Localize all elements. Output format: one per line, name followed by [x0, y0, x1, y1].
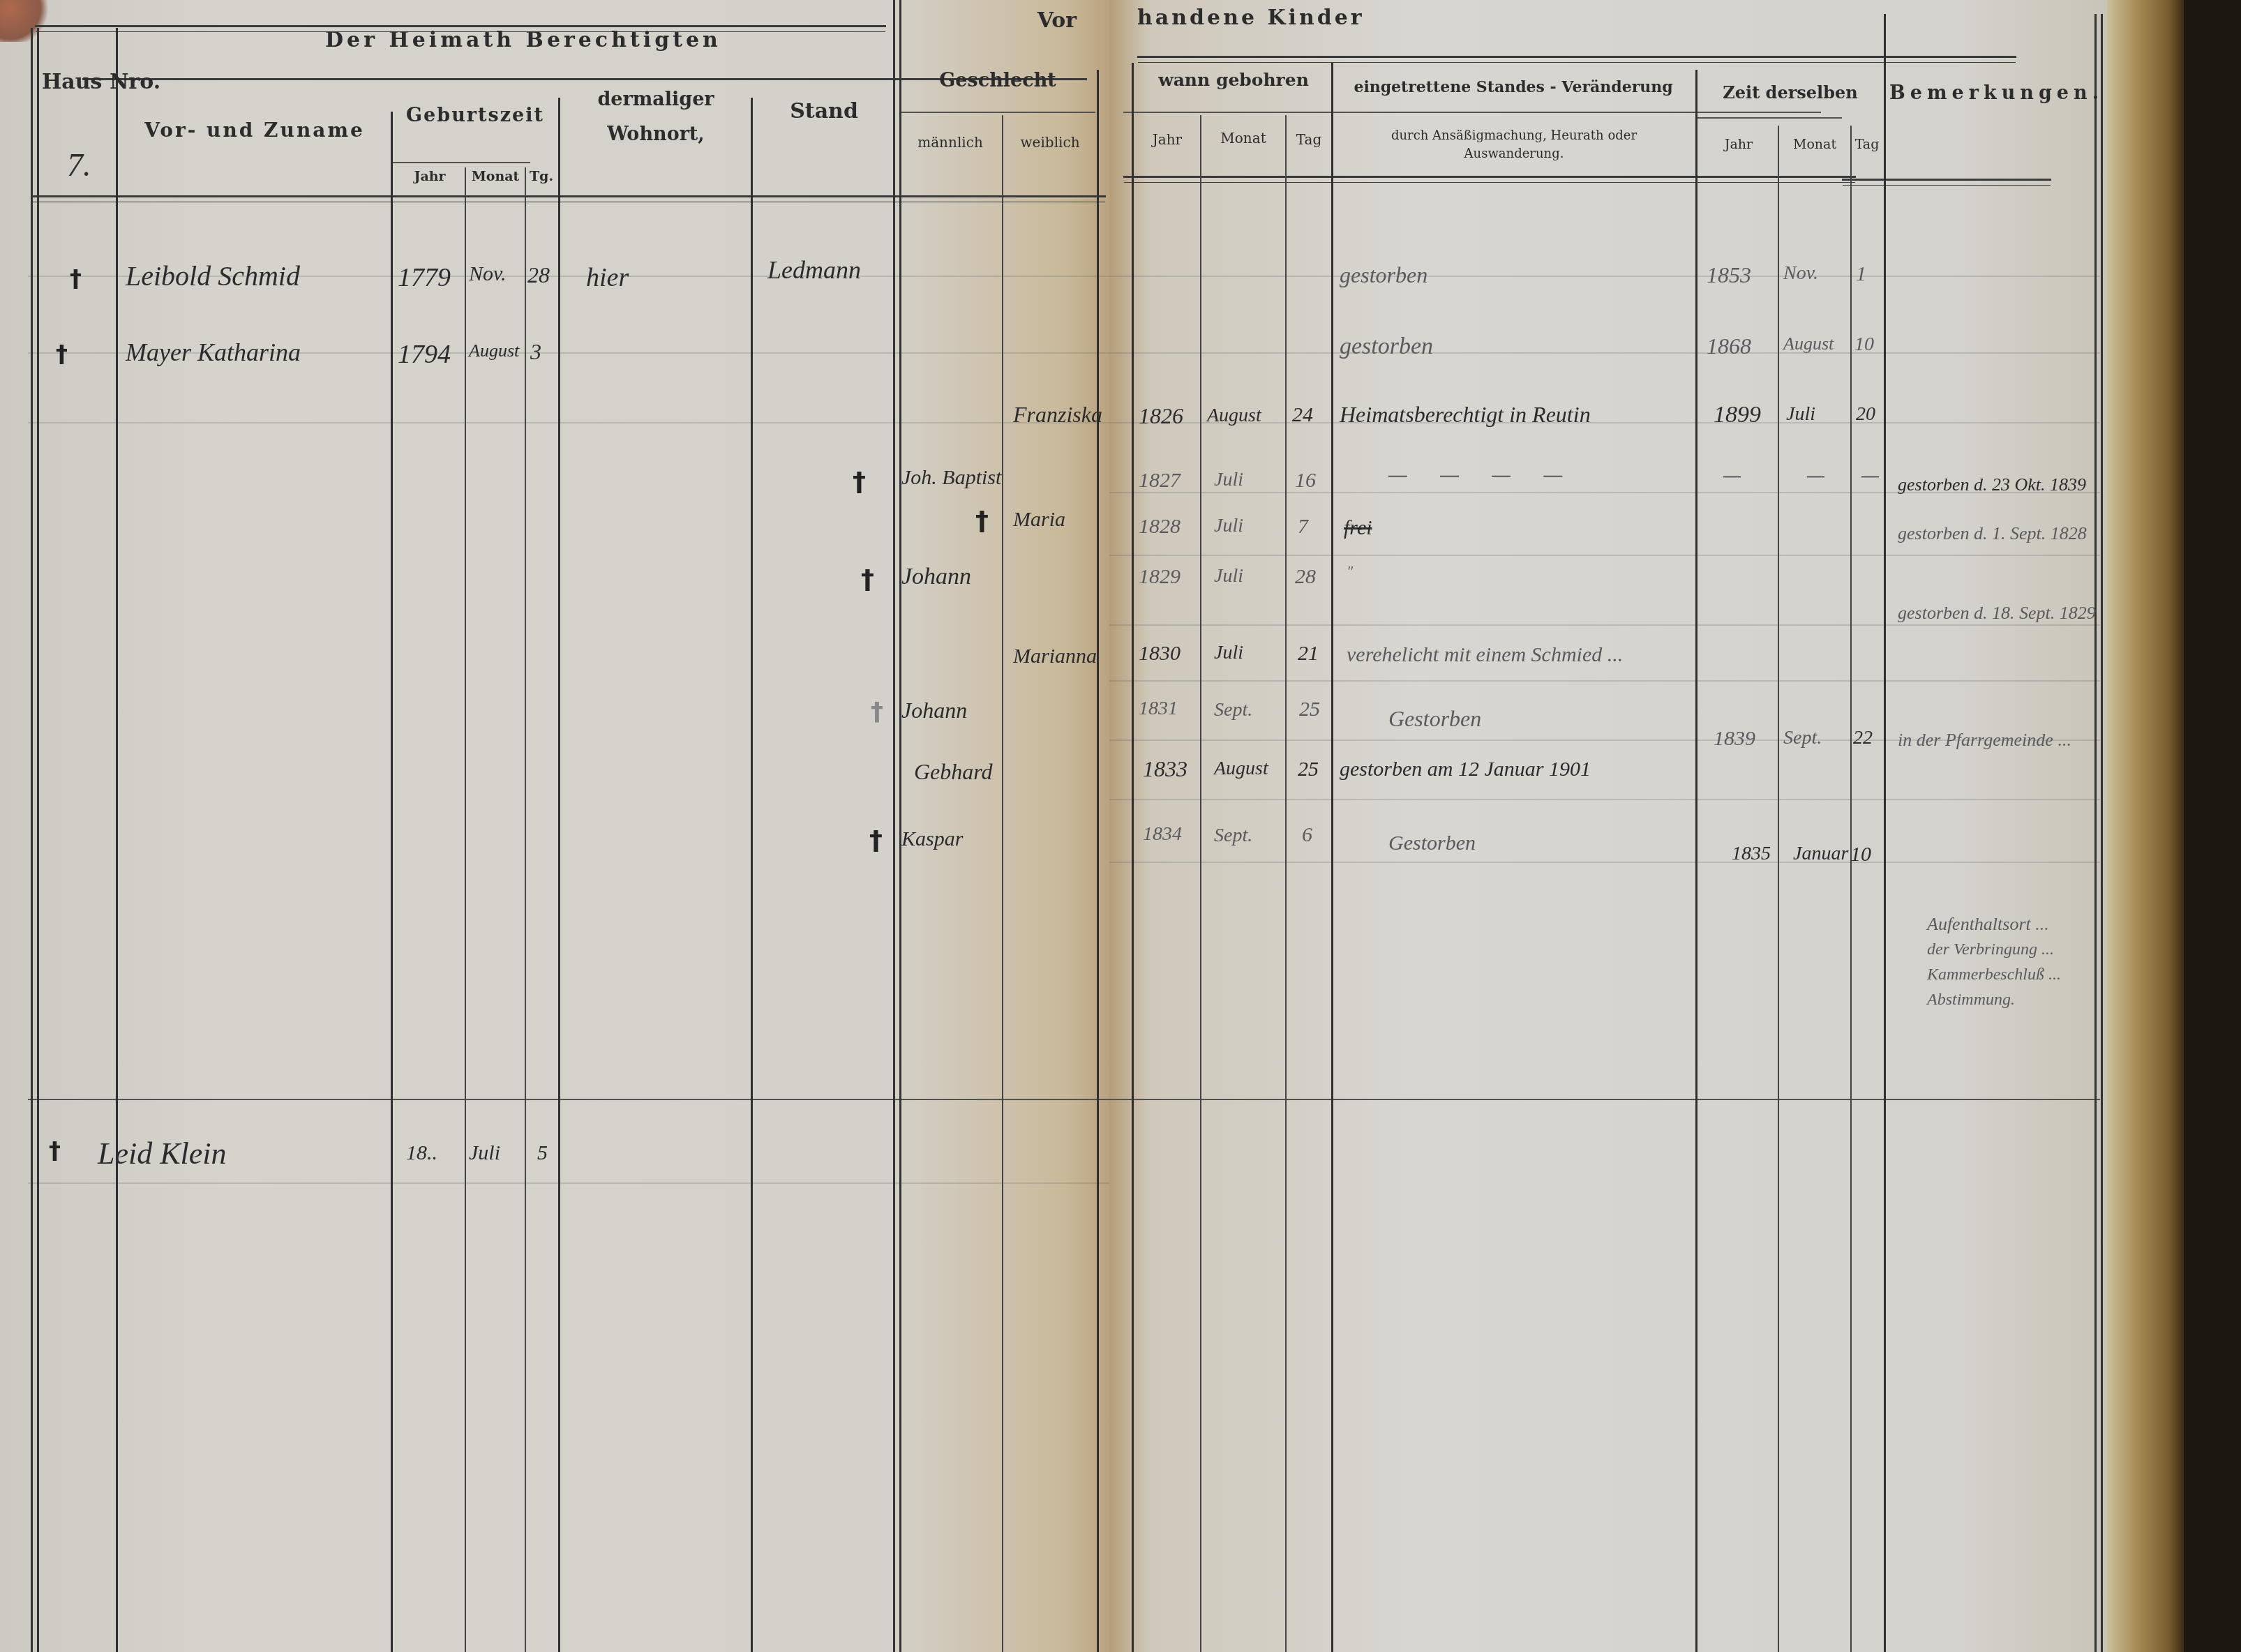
row-line: [1109, 862, 2100, 863]
born-sub-rule: [1123, 112, 1821, 113]
col-subheader-birth-month: Monat: [467, 169, 523, 184]
person-birth-year: 18..: [406, 1141, 437, 1165]
child-birth-day: 21: [1298, 642, 1319, 666]
haus-number: 7.: [67, 147, 91, 183]
remark: gestorben d. 23 Okt. 1839: [1898, 474, 2086, 495]
col-subheader-change-month: Monat: [1781, 137, 1849, 152]
col-subheader-male: männlich: [900, 134, 1000, 151]
person-name: Leid Klein: [98, 1136, 227, 1171]
col-subheader-change-day: Tag: [1852, 137, 1882, 152]
child-birth-month: Juli: [1214, 642, 1243, 664]
child-name: Joh. Baptist: [901, 466, 1001, 490]
child-birth-month: Juli: [1214, 515, 1243, 537]
col-divider-right-edge: [1097, 70, 1099, 1652]
status-change: — — — —: [1388, 463, 1576, 487]
right-page: handene Kinder wann gebohren Jahr Monat …: [1109, 0, 2107, 1652]
col-header-birth: Geburtszeit: [395, 105, 555, 126]
remark-line: Aufenthaltsort ...: [1927, 914, 2049, 935]
row-line: [1109, 799, 2100, 800]
person-birth-year: 1794: [398, 339, 451, 370]
col-subheader-born-year: Jahr: [1134, 131, 1200, 148]
col-divider-born-year: [1200, 115, 1201, 1652]
col-divider-birth: [558, 98, 560, 1652]
change-day: 10: [1850, 843, 1871, 866]
col-subheader-change-year: Jahr: [1702, 137, 1775, 152]
col-divider-haus: [116, 28, 118, 1652]
outer-right-border: [2094, 14, 2097, 1652]
col-divider-remarks: [1884, 14, 1886, 1652]
col-header-born: wann gebohren: [1137, 70, 1330, 90]
col-header-residence: dermaliger Wohnort,: [565, 82, 747, 152]
remark: in der Pfarrgemeinde ...: [1898, 730, 2071, 751]
col-subheader-birth-year: Jahr: [396, 169, 463, 184]
section-rule: [1109, 1099, 2100, 1100]
col-header-change: eingetrettene Standes - Veränderung: [1335, 78, 1691, 96]
remark-line: der Verbringung ...: [1927, 940, 2054, 959]
change-month: Sept.: [1783, 727, 1822, 749]
change-day: 1: [1856, 262, 1866, 286]
change-year: 1853: [1707, 262, 1751, 288]
child-birth-day: 25: [1299, 698, 1320, 721]
col-divider-change: [1695, 70, 1697, 1652]
book-page-edges: [2107, 0, 2184, 1652]
col-subheader-birth-day: Tg.: [526, 169, 557, 184]
status-change: Heimatsberechtigt in Reutin: [1340, 402, 1591, 428]
col-header-change-time: Zeit derselben: [1700, 82, 1881, 103]
col-header-remarks: Bemerkungen.: [1889, 82, 2092, 104]
change-year: 1899: [1714, 402, 1761, 428]
deceased-cross-icon: †: [56, 340, 68, 368]
change-day: 20: [1856, 403, 1875, 426]
row-line: [28, 1182, 1109, 1184]
thumb-shadow: [0, 0, 49, 42]
child-birth-year: 1833: [1143, 756, 1187, 782]
child-name: Kaspar: [901, 827, 963, 851]
left-page: Haus Nro. 7. Der Heimath Berechtigten Vo…: [0, 0, 1109, 1652]
child-birth-day: 24: [1292, 403, 1313, 427]
child-name: Johann: [901, 564, 971, 590]
child-birth-year: 1831: [1139, 698, 1178, 720]
child-name: Marianna: [1013, 645, 1097, 668]
child-name: Maria: [1013, 508, 1065, 532]
status-change: gestorben: [1340, 262, 1427, 288]
change-month: —: [1807, 465, 1824, 487]
status-change: gestorben am 12 Januar 1901: [1340, 758, 1591, 781]
child-birth-day: 16: [1295, 469, 1316, 493]
child-birth-month: Juli: [1214, 565, 1243, 587]
remark: gestorben d. 1. Sept. 1828: [1898, 523, 2087, 544]
child-birth-year: 1830: [1139, 642, 1181, 666]
col-divider-born-month: [1285, 115, 1287, 1652]
change-month: Nov.: [1783, 262, 1818, 285]
status-change: ": [1347, 562, 1353, 580]
header-bottom-rule: [31, 195, 1106, 197]
col-divider-born-right: [1331, 63, 1333, 1652]
outer-left-border: [31, 28, 33, 1652]
group-title-children-a: Vor: [1019, 8, 1095, 33]
row-line: [1109, 276, 2100, 277]
person-status: Ledmann: [767, 255, 861, 285]
deceased-cross-icon: †: [70, 265, 82, 293]
header-bottom-rule-remarks: [1842, 179, 2051, 181]
deceased-cross-icon: †: [49, 1137, 61, 1165]
person-birth-month: Juli: [469, 1141, 500, 1165]
change-year: —: [1723, 465, 1741, 487]
child-birth-year: 1834: [1143, 823, 1182, 846]
person-residence: hier: [586, 262, 629, 293]
deceased-cross-icon: †: [975, 505, 989, 536]
person-birth-day: 5: [537, 1141, 548, 1165]
col-subheader-change: durch Ansäßigmachung, Heurath oder Auswa…: [1354, 127, 1674, 163]
person-birth-month: August: [469, 340, 519, 361]
child-birth-day: 6: [1302, 823, 1312, 847]
haus-nro-label: Haus Nro.: [42, 67, 112, 98]
row-line: [1109, 555, 2100, 556]
child-birth-year: 1828: [1139, 515, 1181, 539]
child-birth-year: 1829: [1139, 565, 1181, 589]
person-birth-month: Nov.: [469, 262, 507, 286]
col-divider-name: [391, 112, 393, 1652]
status-change: Gestorben: [1388, 706, 1481, 732]
child-name: Gebhard: [914, 759, 993, 785]
child-birth-month: August: [1207, 405, 1261, 427]
status-change: Gestorben: [1388, 832, 1476, 855]
deceased-cross-icon: †: [871, 698, 883, 726]
child-birth-month: Juli: [1214, 469, 1243, 491]
change-month: August: [1783, 333, 1834, 354]
change-day: 22: [1853, 727, 1873, 749]
status-change: frei: [1344, 516, 1372, 540]
status-change: verehelicht mit einem Schmied ...: [1347, 643, 1623, 667]
person-birth-year: 1779: [398, 262, 451, 293]
col-subheader-born-day: Tag: [1288, 131, 1330, 148]
remark: gestorben d. 18. Sept. 1829: [1898, 603, 2096, 624]
group-title-children-b: handene Kinder: [1137, 6, 1486, 30]
person-name: Mayer Katharina: [126, 338, 301, 367]
change-year: 1868: [1707, 333, 1751, 359]
child-name: Franziska: [1013, 402, 1102, 428]
child-birth-month: Sept.: [1214, 825, 1252, 847]
col-header-name: Vor- und Zuname: [126, 119, 384, 142]
change-month: Juli: [1786, 403, 1815, 426]
child-birth-year: 1827: [1139, 469, 1181, 493]
change-year: 1835: [1732, 843, 1771, 865]
status-change: gestorben: [1340, 333, 1433, 360]
row-line: [1109, 680, 2100, 682]
col-divider-sex: [1002, 115, 1003, 1652]
section-rule: [28, 1099, 1109, 1100]
col-header-sex: Geschlecht: [900, 70, 1095, 91]
col-divider-change-year: [1778, 126, 1779, 1652]
col-header-status: Stand: [758, 99, 890, 123]
child-name: Johann: [901, 698, 967, 723]
col-divider-born-left: [1132, 63, 1134, 1652]
person-name: Leibold Schmid: [126, 260, 300, 292]
row-line: [28, 422, 1109, 423]
remark-line: Abstimmung.: [1927, 991, 2015, 1009]
sex-sub-rule: [900, 112, 1095, 113]
change-day: 10: [1854, 333, 1874, 356]
col-subheader-born-month: Monat: [1203, 130, 1284, 147]
group-title-heimath: Der Heimath Berechtigten: [279, 28, 767, 52]
col-subheader-female: weiblich: [1005, 134, 1095, 151]
change-year: 1839: [1714, 727, 1755, 751]
person-birth-day: 28: [527, 262, 550, 288]
background-surface: [2184, 0, 2241, 1652]
deceased-cross-icon: †: [853, 466, 866, 497]
header-bottom-rule: [1123, 176, 1856, 178]
deceased-cross-icon: †: [869, 825, 883, 855]
change-time-sub-rule: [1695, 117, 1842, 119]
top-rule: [35, 25, 886, 27]
deceased-cross-icon: †: [861, 564, 874, 594]
child-birth-day: 28: [1295, 565, 1316, 589]
remark-line: Kammerbeschluß ...: [1927, 966, 2061, 984]
col-divider-change-month: [1850, 126, 1852, 1652]
child-birth-day: 7: [1298, 515, 1308, 539]
child-birth-day: 25: [1298, 758, 1319, 781]
person-birth-day: 3: [530, 339, 541, 365]
col-divider-month: [525, 167, 526, 1652]
row-line: [1109, 624, 2100, 626]
child-birth-month: August: [1214, 758, 1268, 780]
change-month: Januar: [1793, 843, 1848, 865]
col-divider-residence: [751, 98, 753, 1652]
birth-sub-rule: [391, 162, 530, 163]
col-divider-status: [893, 0, 895, 1652]
col-divider-year: [465, 167, 466, 1652]
change-day: —: [1861, 465, 1879, 487]
child-birth-year: 1826: [1139, 403, 1183, 429]
row-line: [1109, 352, 2100, 354]
child-birth-month: Sept.: [1214, 699, 1252, 721]
